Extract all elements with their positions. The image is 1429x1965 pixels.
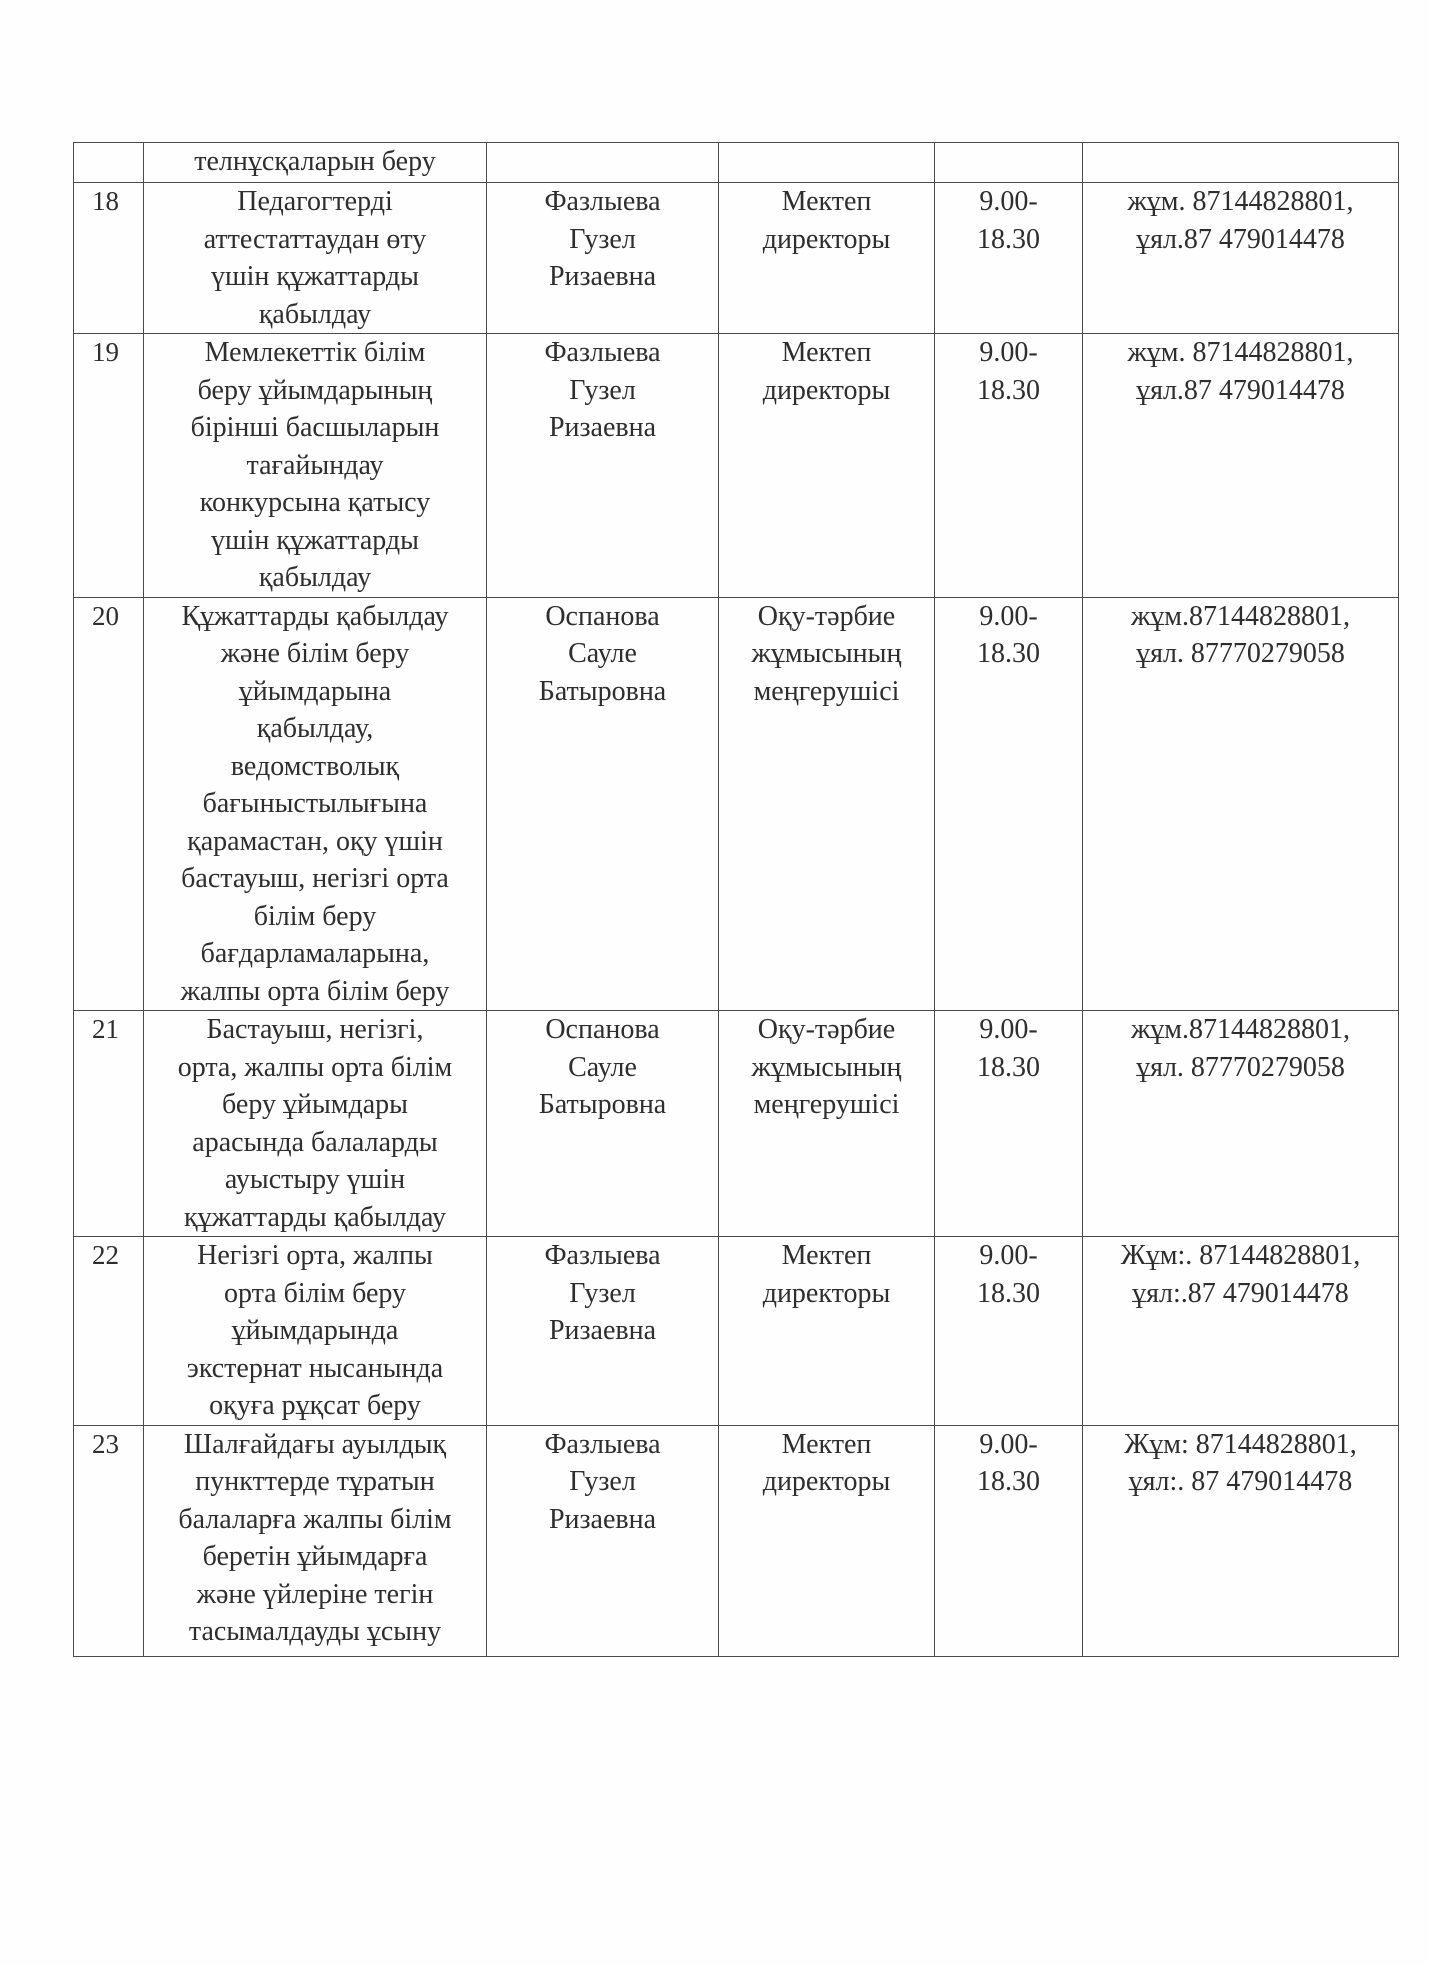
service-cell: Шалғайдағы ауылдық пункттерде тұратын ба… [144, 1425, 487, 1656]
contact-cell: жұм. 87144828801, ұял.87 479014478 [1083, 183, 1399, 334]
service-cell: Құжаттарды қабылдау және білім беру ұйым… [144, 597, 487, 1011]
table-row: 20 Құжаттарды қабылдау және білім беру ұ… [74, 597, 1399, 1011]
table-row: 23 Шалғайдағы ауылдық пункттерде тұратын… [74, 1425, 1399, 1656]
responsible-name-cell: Оспанова Сауле Батыровна [487, 1011, 719, 1237]
table-row-continuation: телнұсқаларын беру [74, 143, 1399, 183]
position-cell: Мектеп директоры [719, 1425, 935, 1656]
row-number-cell: 21 [74, 1011, 144, 1237]
row-number-cell: 18 [74, 183, 144, 334]
position-cell: Оқу-тәрбие жұмысының меңгерушісі [719, 1011, 935, 1237]
service-cell: телнұсқаларын беру [144, 143, 487, 183]
service-cell: Бастауыш, негізгі, орта, жалпы орта білі… [144, 1011, 487, 1237]
services-table: телнұсқаларын беру 18 Педагогтерді аттес… [73, 142, 1399, 1657]
position-cell: Оқу-тәрбие жұмысының меңгерушісі [719, 597, 935, 1011]
responsible-name-cell: Фазлыева Гузел Ризаевна [487, 183, 719, 334]
row-number-cell: 20 [74, 597, 144, 1011]
row-number-cell: 19 [74, 334, 144, 598]
contact-cell [1083, 143, 1399, 183]
responsible-name-cell: Оспанова Сауле Батыровна [487, 597, 719, 1011]
responsible-name-cell [487, 143, 719, 183]
responsible-name-cell: Фазлыева Гузел Ризаевна [487, 1237, 719, 1426]
working-hours-cell: 9.00- 18.30 [935, 1425, 1083, 1656]
service-cell: Негізгі орта, жалпы орта білім беру ұйым… [144, 1237, 487, 1426]
contact-cell: жұм.87144828801, ұял. 87770279058 [1083, 597, 1399, 1011]
table-row: 22 Негізгі орта, жалпы орта білім беру ұ… [74, 1237, 1399, 1426]
row-number-cell: 22 [74, 1237, 144, 1426]
working-hours-cell: 9.00- 18.30 [935, 1011, 1083, 1237]
contact-cell: Жұм:. 87144828801, ұял:.87 479014478 [1083, 1237, 1399, 1426]
position-cell [719, 143, 935, 183]
position-cell: Мектеп директоры [719, 334, 935, 598]
working-hours-cell: 9.00- 18.30 [935, 597, 1083, 1011]
service-cell: Мемлекеттік білім беру ұйымдарының бірін… [144, 334, 487, 598]
working-hours-cell: 9.00- 18.30 [935, 1237, 1083, 1426]
responsible-name-cell: Фазлыева Гузел Ризаевна [487, 1425, 719, 1656]
contact-cell: жұм.87144828801, ұял. 87770279058 [1083, 1011, 1399, 1237]
contact-cell: Жұм: 87144828801, ұял:. 87 479014478 [1083, 1425, 1399, 1656]
row-number-cell [74, 143, 144, 183]
responsible-name-cell: Фазлыева Гузел Ризаевна [487, 334, 719, 598]
working-hours-cell: 9.00- 18.30 [935, 183, 1083, 334]
working-hours-cell: 9.00- 18.30 [935, 334, 1083, 598]
position-cell: Мектеп директоры [719, 1237, 935, 1426]
working-hours-cell [935, 143, 1083, 183]
table-row: 19 Мемлекеттік білім беру ұйымдарының бі… [74, 334, 1399, 598]
row-number-cell: 23 [74, 1425, 144, 1656]
table-row: 18 Педагогтерді аттестаттаудан өту үшін … [74, 183, 1399, 334]
service-cell: Педагогтерді аттестаттаудан өту үшін құж… [144, 183, 487, 334]
position-cell: Мектеп директоры [719, 183, 935, 334]
contact-cell: жұм. 87144828801, ұял.87 479014478 [1083, 334, 1399, 598]
table-row: 21 Бастауыш, негізгі, орта, жалпы орта б… [74, 1011, 1399, 1237]
scanned-page: телнұсқаларын беру 18 Педагогтерді аттес… [0, 0, 1429, 1965]
